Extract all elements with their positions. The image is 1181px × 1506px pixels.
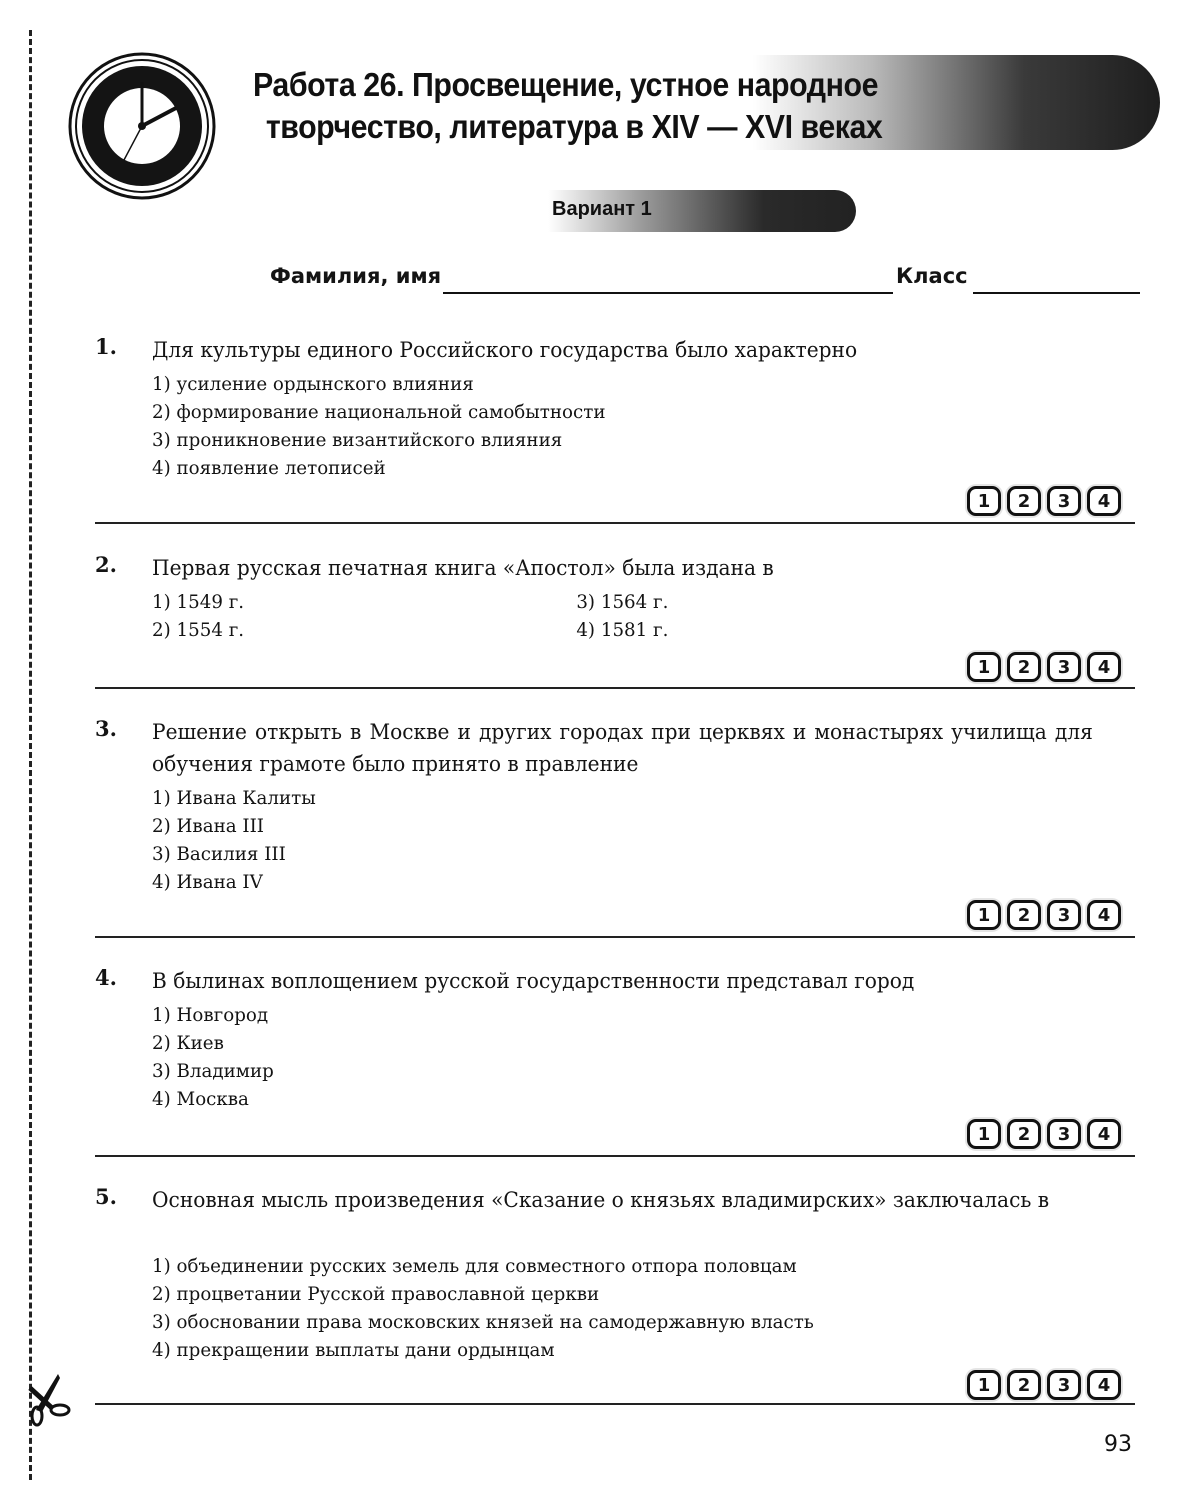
answer-options: 1) усиление ордынского влияния2) формиро… (152, 370, 606, 482)
question-text: Основная мысль произведения «Сказание о … (152, 1184, 1093, 1216)
question-separator (95, 1403, 1135, 1405)
class-label: Класс (896, 264, 968, 288)
answer-box-2[interactable]: 2 (1007, 1370, 1041, 1400)
answer-option: 4) 1581 г. (576, 616, 768, 644)
answer-boxes: 1234 (967, 1370, 1121, 1400)
question-text: Для культуры единого Российского государ… (152, 334, 1093, 366)
answer-option: 1) объединении русских земель для совмес… (152, 1252, 814, 1280)
answer-box-1[interactable]: 1 (967, 652, 1001, 682)
answer-boxes: 1234 (967, 1119, 1121, 1149)
question-text: Решение открыть в Москве и других города… (152, 716, 1093, 780)
answer-box-4[interactable]: 4 (1087, 1119, 1121, 1149)
question-separator (95, 522, 1135, 524)
answer-box-4[interactable]: 4 (1087, 652, 1121, 682)
title-line-2: творчество, литература в XIV — XVI веках (253, 106, 882, 148)
answer-box-1[interactable]: 1 (967, 486, 1001, 516)
answer-option: 1) 1549 г. (152, 588, 576, 616)
answer-option: 4) Москва (152, 1085, 274, 1113)
answer-box-1[interactable]: 1 (967, 1119, 1001, 1149)
cut-line (29, 30, 32, 1480)
answer-boxes: 1234 (967, 486, 1121, 516)
scissors-icon (22, 1368, 72, 1428)
answer-option: 1) Новгород (152, 1001, 274, 1029)
answer-box-2[interactable]: 2 (1007, 652, 1041, 682)
name-field[interactable] (443, 262, 893, 294)
answer-box-3[interactable]: 3 (1047, 1119, 1081, 1149)
answer-box-4[interactable]: 4 (1087, 486, 1121, 516)
answer-boxes: 1234 (967, 900, 1121, 930)
answer-option: 2) формирование национальной самобытност… (152, 398, 606, 426)
answer-option: 3) Василия III (152, 840, 316, 868)
question-separator (95, 687, 1135, 689)
class-field[interactable] (973, 262, 1140, 294)
clock-icon (68, 52, 216, 200)
answer-boxes: 1234 (967, 652, 1121, 682)
title-line-1: Работа 26. Просвещение, устное народное (253, 66, 878, 103)
answer-option: 2) Киев (152, 1029, 274, 1057)
name-label: Фамилия, имя (270, 264, 441, 288)
question-separator (95, 1155, 1135, 1157)
question-number: 2. (95, 552, 117, 577)
answer-box-4[interactable]: 4 (1087, 900, 1121, 930)
answer-option: 3) проникновение византийского влияния (152, 426, 606, 454)
question-number: 3. (95, 716, 117, 741)
answer-box-1[interactable]: 1 (967, 1370, 1001, 1400)
answer-option: 4) прекращении выплаты дани ордынцам (152, 1336, 814, 1364)
answer-box-3[interactable]: 3 (1047, 1370, 1081, 1400)
answer-box-3[interactable]: 3 (1047, 652, 1081, 682)
answer-box-2[interactable]: 2 (1007, 486, 1041, 516)
answer-options: 1) Ивана Калиты2) Ивана III3) Василия II… (152, 784, 316, 896)
question-number: 5. (95, 1184, 117, 1209)
answer-option: 2) процветании Русской православной церк… (152, 1280, 814, 1308)
student-info-row: Фамилия, имя Класс (270, 262, 1138, 294)
answer-box-1[interactable]: 1 (967, 900, 1001, 930)
answer-option: 1) Ивана Калиты (152, 784, 316, 812)
question-number: 4. (95, 965, 117, 990)
answer-option: 3) обосновании права московских князей н… (152, 1308, 814, 1336)
answer-option: 1) усиление ордынского влияния (152, 370, 606, 398)
answer-option: 2) Ивана III (152, 812, 316, 840)
answer-box-4[interactable]: 4 (1087, 1370, 1121, 1400)
answer-box-3[interactable]: 3 (1047, 900, 1081, 930)
question-text: Первая русская печатная книга «Апостол» … (152, 552, 1093, 584)
answer-options: 1) объединении русских земель для совмес… (152, 1252, 814, 1364)
answer-option: 2) 1554 г. (152, 616, 576, 644)
answer-option: 3) 1564 г. (576, 588, 768, 616)
answer-box-2[interactable]: 2 (1007, 1119, 1041, 1149)
question-separator (95, 936, 1135, 938)
answer-box-2[interactable]: 2 (1007, 900, 1041, 930)
answer-option: 4) Ивана IV (152, 868, 316, 896)
variant-label: Вариант 1 (552, 198, 652, 221)
answer-options: 1) Новгород2) Киев3) Владимир4) Москва (152, 1001, 274, 1113)
page-number: 93 (1104, 1432, 1132, 1457)
answer-option: 4) появление летописей (152, 454, 606, 482)
answer-box-3[interactable]: 3 (1047, 486, 1081, 516)
answer-options: 1) 1549 г.3) 1564 г.2) 1554 г.4) 1581 г. (152, 588, 768, 644)
page-title: Работа 26. Просвещение, устное народное … (253, 64, 882, 148)
question-text: В былинах воплощением русской государств… (152, 965, 1093, 997)
answer-option: 3) Владимир (152, 1057, 274, 1085)
question-number: 1. (95, 334, 117, 359)
